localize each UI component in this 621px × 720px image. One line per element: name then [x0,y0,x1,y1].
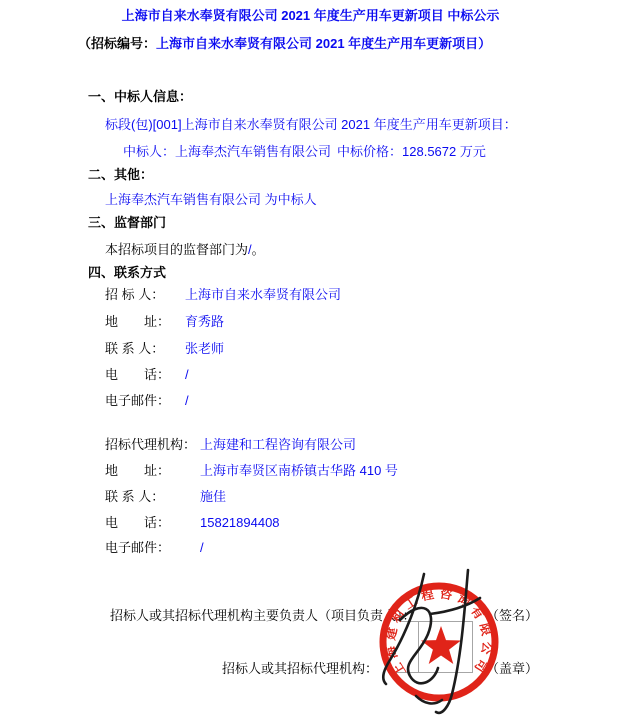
contact-value: 施佳 [200,489,226,504]
supervision-prefix: 本招标项目的监督部门为 [105,242,248,257]
contact-label: 地 址： [105,463,200,478]
page-title: 上海市自来水奉贤有限公司 2021 年度生产用车更新项目 中标公示 [0,8,621,23]
contact-value: / [185,367,189,382]
contact-label: 招 标 人： [105,287,185,302]
contact-value: 上海市自来水奉贤有限公司 [185,287,341,302]
supervision-suffix: 。 [252,242,265,257]
other-note: 上海奉杰汽车销售有限公司 为中标人 [105,192,317,207]
section-heading-other: 二、其他： [88,167,153,182]
winner-value: 上海奉杰汽车销售有限公司 [175,144,331,159]
winner-label: 中标人： [123,144,175,159]
price-line: 中标价格：128.5672 万元 [337,144,486,159]
signature-line-label: 招标人或其招标代理机构主要负责人（项目负责人）： [110,608,416,623]
price-label: 中标价格： [337,144,402,159]
contact-value: 育秀路 [185,314,224,329]
agency-row-phone: 电 话：15821894408 [105,515,280,530]
contact-value: 15821894408 [200,515,280,530]
contact-label: 电 话： [105,515,200,530]
contact-label: 电子邮件： [105,393,185,408]
agency-row-name: 招标代理机构：上海建和工程咨询有限公司 [105,437,356,452]
contact-row-address: 地 址：育秀路 [105,314,224,329]
tender-number-value: 上海市自来水奉贤有限公司 2021 年度生产用车更新项目） [156,36,491,51]
contact-label: 地 址： [105,314,185,329]
agency-row-person: 联 系 人：施佳 [105,489,226,504]
contact-row-person: 联 系 人：张老师 [105,341,224,356]
contact-value: / [200,540,204,555]
price-value: 128.5672 万元 [402,144,486,159]
contact-value: 上海市奉贤区南桥镇古华路 410 号 [200,463,398,478]
contact-label: 招标代理机构： [105,437,200,452]
contact-label: 电子邮件： [105,540,200,555]
contact-row-phone: 电 话：/ [105,367,189,382]
stamp-line-label: 招标人或其招标代理机构： [222,661,378,676]
contact-label: 联 系 人： [105,341,185,356]
section-heading-winner-info: 一、中标人信息： [88,89,192,104]
handwritten-signature [372,568,492,720]
section-heading-supervision: 三、监督部门 [88,215,166,230]
contact-label: 联 系 人： [105,489,200,504]
tender-number-line: （招标编号：上海市自来水奉贤有限公司 2021 年度生产用车更新项目） [78,36,491,51]
contact-value: / [185,393,189,408]
lot-line: 标段(包)[001]上海市自来水奉贤有限公司 2021 年度生产用车更新项目： [105,117,517,132]
agency-row-address: 地 址：上海市奉贤区南桥镇古华路 410 号 [105,463,398,478]
contact-label: 电 话： [105,367,185,382]
contact-row-email: 电子邮件：/ [105,393,189,408]
contact-row-tenderer: 招 标 人：上海市自来水奉贤有限公司 [105,287,341,302]
supervision-line: 本招标项目的监督部门为/。 [105,242,265,257]
section-heading-contact: 四、联系方式 [88,265,166,280]
winner-line: 中标人：上海奉杰汽车销售有限公司 [123,144,331,159]
bid-announcement-document: 上海市自来水奉贤有限公司 2021 年度生产用车更新项目 中标公示 （招标编号：… [0,0,621,720]
contact-value: 上海建和工程咨询有限公司 [200,437,356,452]
contact-value: 张老师 [185,341,224,356]
tender-number-prefix: （招标编号： [78,36,156,51]
agency-row-email: 电子邮件：/ [105,540,204,555]
